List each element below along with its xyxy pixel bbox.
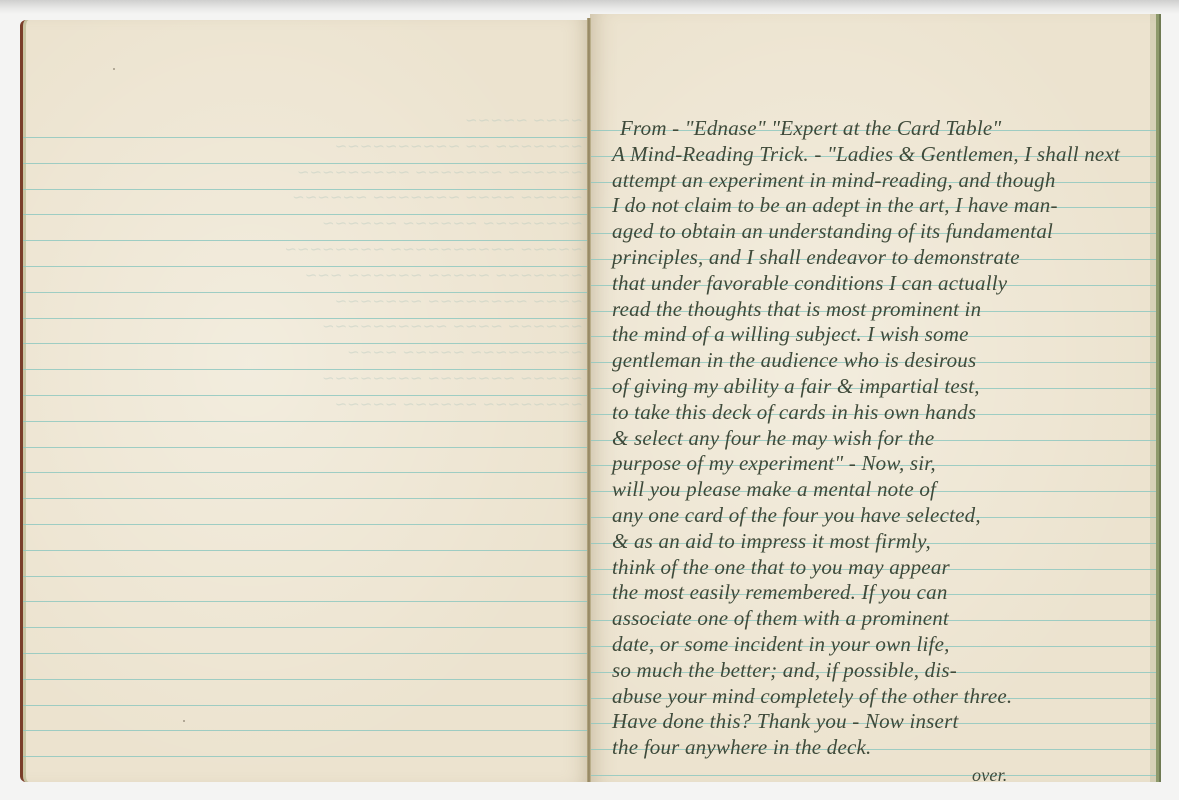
text-line: will you please make a mental note of bbox=[612, 477, 1142, 503]
bleed-line: ~~~~~~ ~~~~ ~~~~~~~~~~ bbox=[143, 314, 583, 340]
bleed-line: ~~~~~ ~~~~~~~~~~ ~~~~~~~~ bbox=[143, 237, 583, 263]
ruled-line bbox=[23, 679, 591, 680]
text-line: read the thoughts that is most prominent… bbox=[612, 297, 1142, 323]
bleed-line: ~~~~~~~~ ~~~~~~ ~~~~~ bbox=[143, 392, 583, 418]
ruled-line bbox=[23, 447, 591, 448]
bleed-line: ~~~~~ ~~~~~~~ ~~~~~~~~ bbox=[143, 366, 583, 392]
text-line: A Mind-Reading Trick. - "Ladies & Gentle… bbox=[612, 142, 1142, 168]
text-line: that under favorable conditions I can ac… bbox=[612, 271, 1142, 297]
bleed-line: ~~~~~~~ ~~ ~~~~~~~~~~ bbox=[143, 134, 583, 160]
ruled-line bbox=[23, 601, 591, 602]
ruled-line bbox=[23, 705, 591, 706]
text-line: gentleman in the audience who is desirou… bbox=[612, 348, 1142, 374]
scanner-edge bbox=[0, 0, 1179, 14]
left-page: ~~~~ ~~~~~~~~~~~~ ~~ ~~~~~~~~~~~~~~~~ ~~… bbox=[20, 20, 591, 782]
bleed-line: ~~~~~~~ ~~~~~ ~~~~~~ ~~~ bbox=[143, 263, 583, 289]
ruled-line bbox=[23, 550, 591, 551]
ruled-line bbox=[23, 627, 591, 628]
text-line: & as an aid to impress it most firmly, bbox=[612, 529, 1142, 555]
text-line: any one card of the four you have select… bbox=[612, 503, 1142, 529]
text-line: aged to obtain an understanding of its f… bbox=[612, 219, 1142, 245]
text-line: principles, and I shall endeavor to demo… bbox=[612, 245, 1142, 271]
text-line: of giving my ability a fair & impartial … bbox=[612, 374, 1142, 400]
text-line: attempt an experiment in mind-reading, a… bbox=[612, 168, 1142, 194]
bleed-through-text: ~~~~ ~~~~~~~~~~~~ ~~ ~~~~~~~~~~~~~~~~ ~~… bbox=[143, 108, 583, 418]
page-turn-note: over. bbox=[612, 763, 1142, 782]
spine-gutter bbox=[587, 18, 591, 782]
text-line: the most easily remembered. If you can bbox=[612, 580, 1142, 606]
paper-speck bbox=[113, 68, 115, 70]
bleed-line: ~~~~~ ~~~~ ~~~~~~~ ~~~~~~ bbox=[143, 185, 583, 211]
bleed-line: ~~~~ ~~~~~~~~ ~~~~~~~ bbox=[143, 289, 583, 315]
text-line: associate one of them with a prominent bbox=[612, 606, 1142, 632]
text-line: I do not claim to be an adept in the art… bbox=[612, 193, 1142, 219]
bleed-line: ~~~~ ~~~~~ bbox=[143, 108, 583, 134]
right-page: From - "Ednase" "Expert at the Card Tabl… bbox=[590, 14, 1159, 782]
text-line: to take this deck of cards in his own ha… bbox=[612, 400, 1142, 426]
bleed-line: ~~~~~~~~~ ~~~~~ ~~~~ bbox=[143, 340, 583, 366]
bleed-line: ~~~~~~~~ ~~~~~~ ~~~~~~ bbox=[143, 211, 583, 237]
ruled-line bbox=[23, 524, 591, 525]
text-line: & select any four he may wish for the bbox=[612, 426, 1142, 452]
text-line: date, or some incident in your own life, bbox=[612, 632, 1142, 658]
ruled-line bbox=[23, 421, 591, 422]
ruled-line bbox=[23, 576, 591, 577]
text-line: think of the one that to you may appear bbox=[612, 555, 1142, 581]
text-line: the mind of a willing subject. I wish so… bbox=[612, 322, 1142, 348]
text-line: abuse your mind completely of the other … bbox=[612, 684, 1142, 710]
text-line: purpose of my experiment" - Now, sir, bbox=[612, 451, 1142, 477]
text-line: the four anywhere in the deck. bbox=[612, 735, 1142, 761]
text-line: Have done this? Thank you - Now insert bbox=[612, 709, 1142, 735]
paper-speck bbox=[183, 720, 185, 722]
ruled-line bbox=[23, 498, 591, 499]
text-line: From - "Ednase" "Expert at the Card Tabl… bbox=[612, 116, 1142, 142]
ruled-line bbox=[23, 472, 591, 473]
handwritten-text: From - "Ednase" "Expert at the Card Tabl… bbox=[612, 116, 1142, 782]
ruled-line bbox=[23, 730, 591, 731]
notebook-spread: ~~~~ ~~~~~~~~~~~~ ~~ ~~~~~~~~~~~~~~~~ ~~… bbox=[16, 14, 1166, 782]
text-line: so much the better; and, if possible, di… bbox=[612, 658, 1142, 684]
ruled-line bbox=[23, 756, 591, 757]
ruled-line bbox=[23, 653, 591, 654]
bleed-line: ~~~~~~ ~~~~~~~ ~~~~~~~~~ bbox=[143, 160, 583, 186]
